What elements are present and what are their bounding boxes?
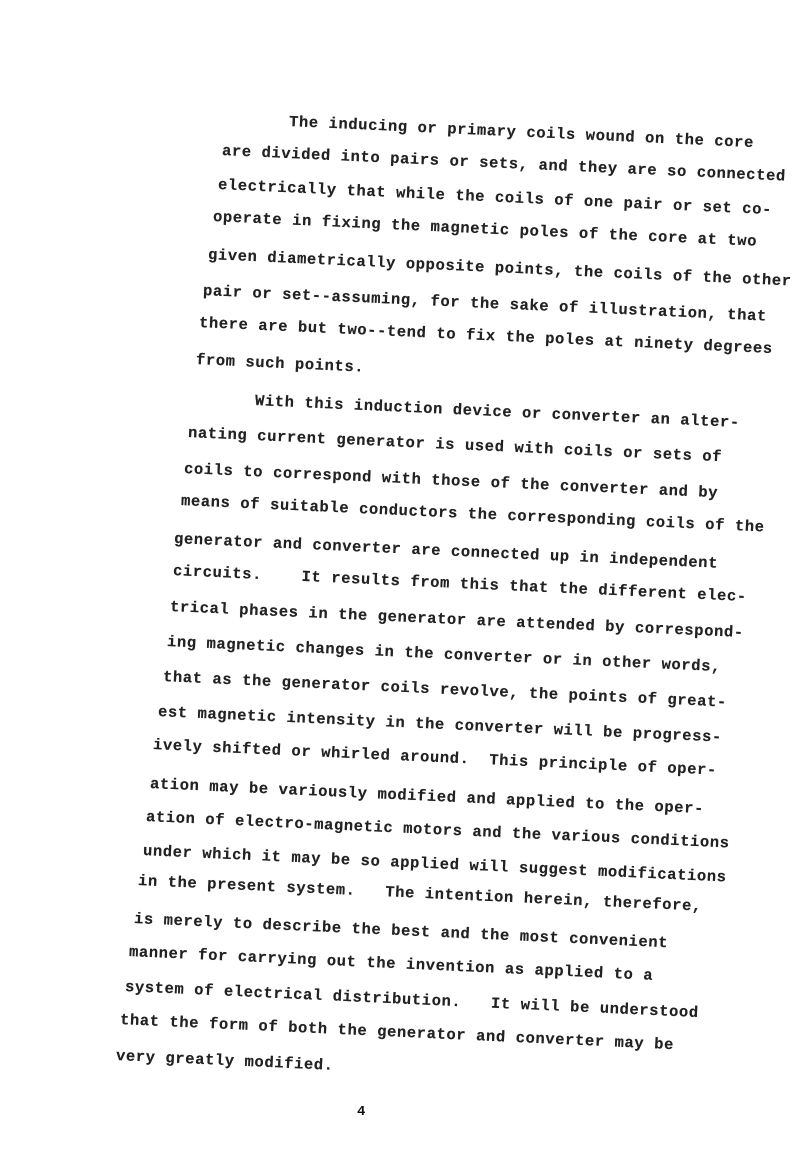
text-line: manner for carrying out the invention as… <box>129 943 654 985</box>
text-line: trical phases in the generator are atten… <box>170 598 745 642</box>
document-body: The inducing or primary coils wound on t… <box>0 0 807 1155</box>
text-line: given diametrically opposite points, the… <box>208 246 792 290</box>
text-line: The inducing or primary coils wound on t… <box>289 113 755 152</box>
text-line: ing magnetic changes in the converter or… <box>167 633 722 676</box>
text-line: that as the generator coils revolve, the… <box>163 668 728 712</box>
text-line: very greatly modified. <box>116 1047 334 1075</box>
text-line: from such points. <box>196 351 365 377</box>
text-line: nating current generator is used with co… <box>188 424 723 466</box>
text-line: With this induction device or converter … <box>255 392 741 432</box>
text-line: that the form of both the generator and … <box>120 1011 675 1054</box>
document-page: The inducing or primary coils wound on t… <box>0 0 807 1155</box>
page-number: 4 <box>357 1104 365 1120</box>
